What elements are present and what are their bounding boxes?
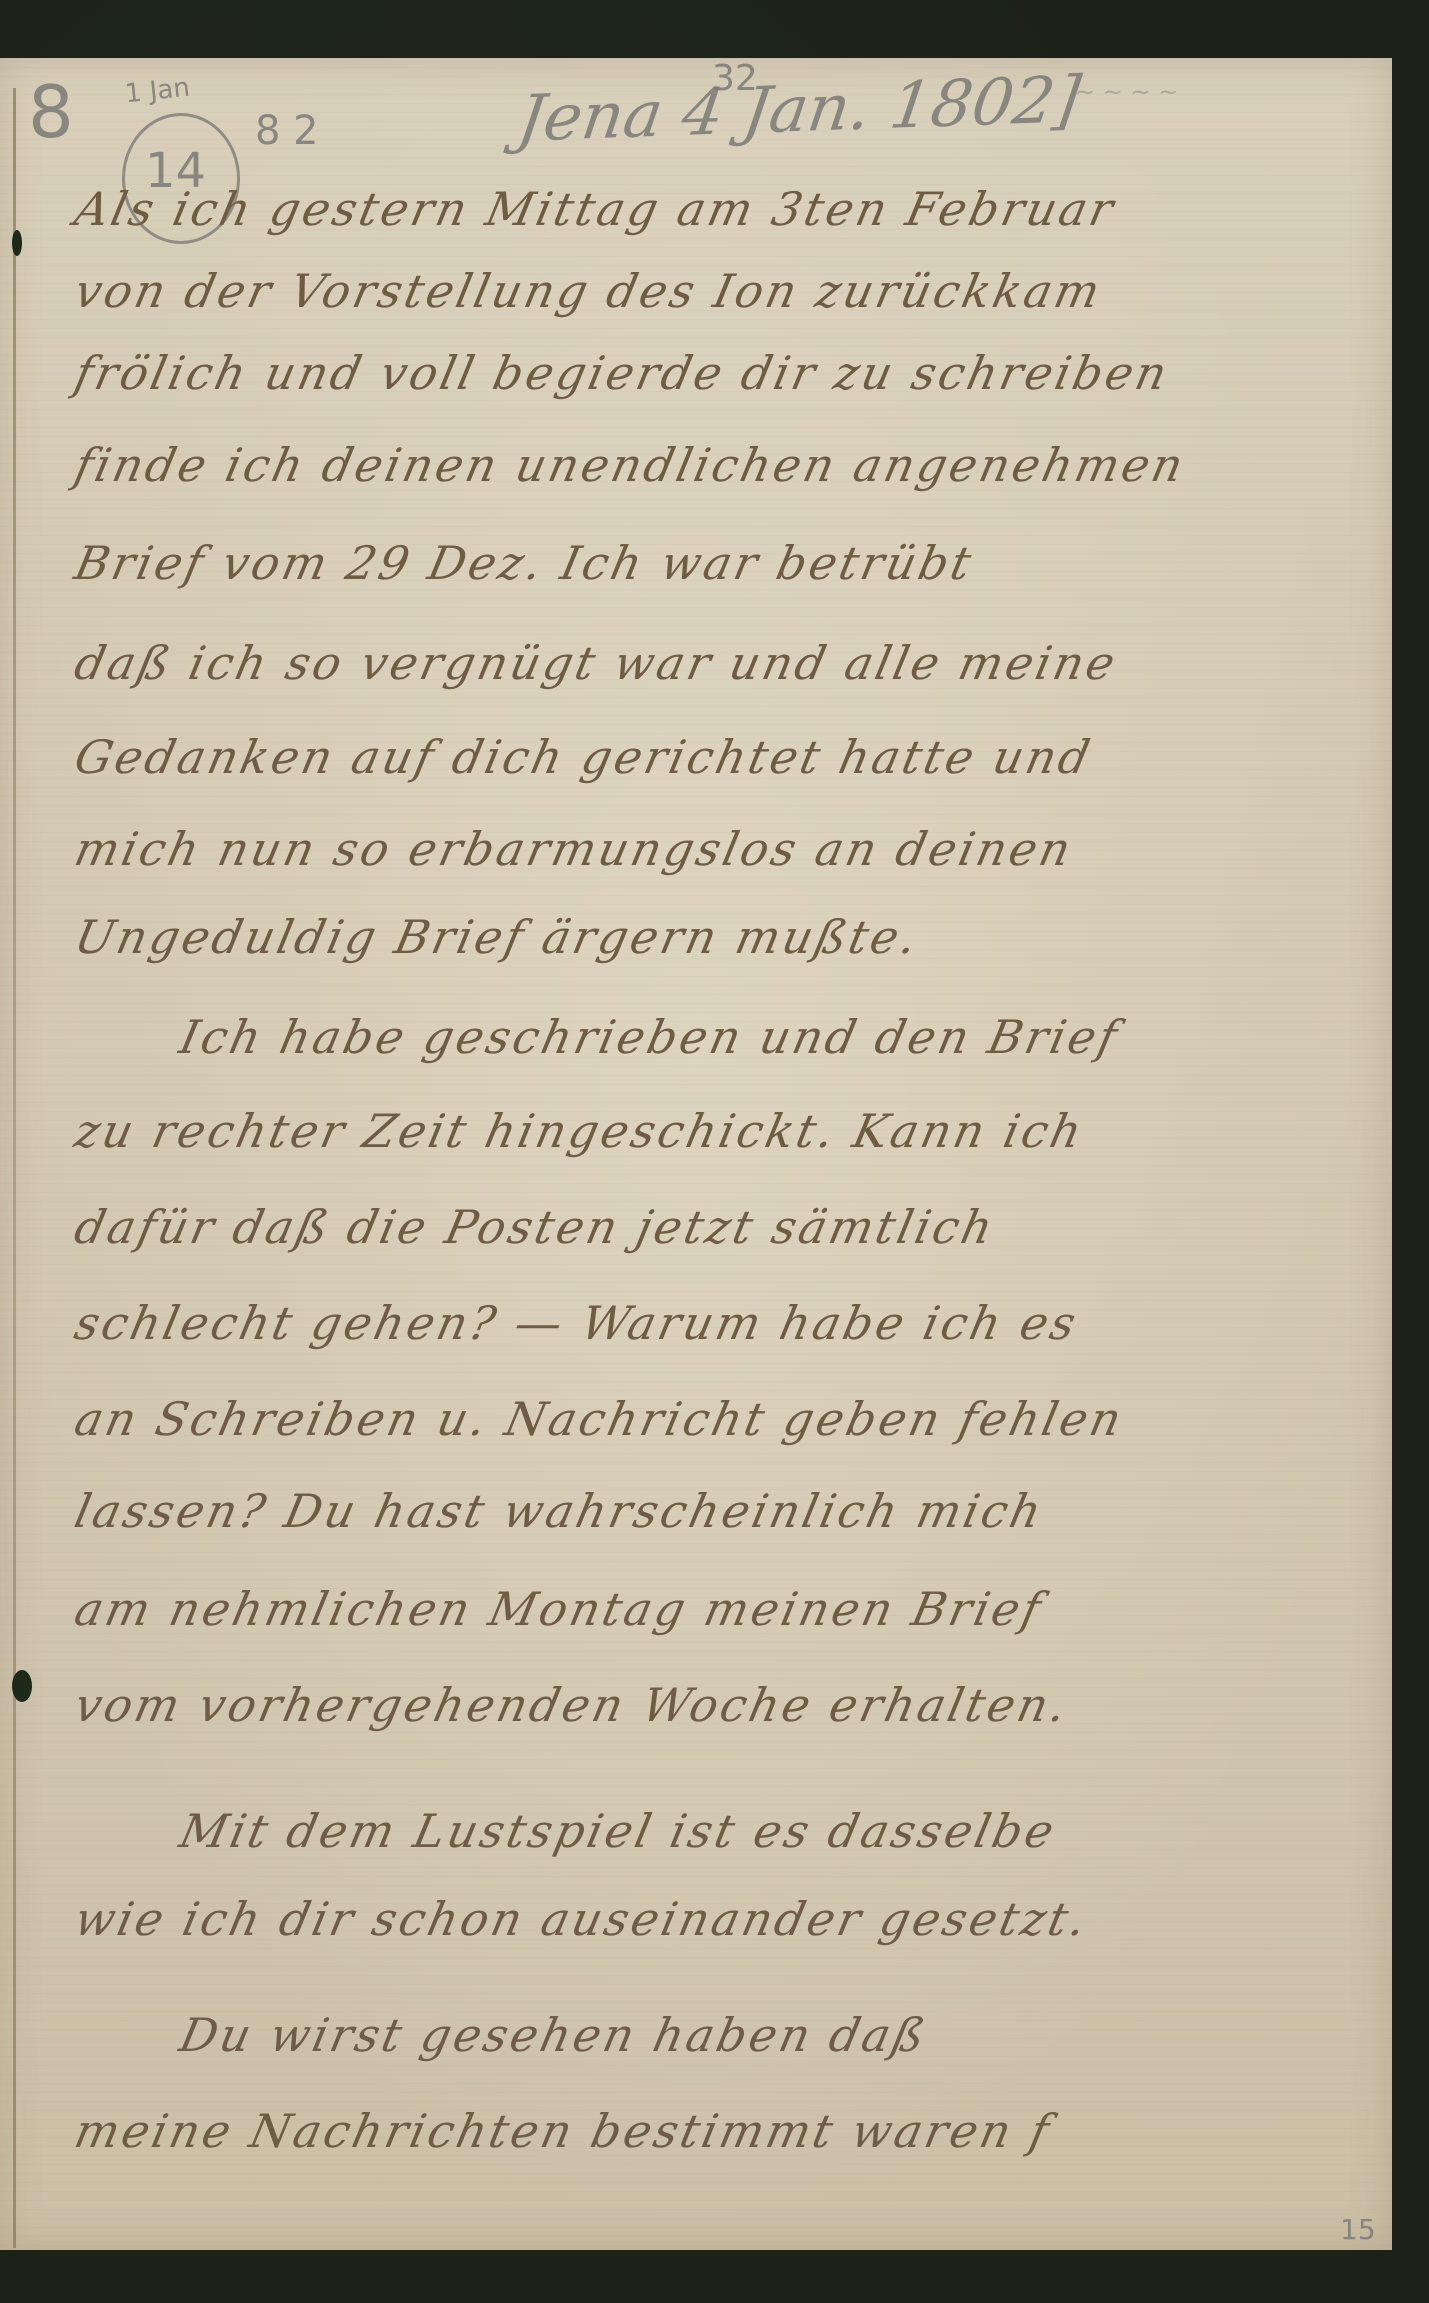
text-line: vom vorhergehenden Woche erhalten.	[70, 1678, 1074, 1732]
text-line: dafür daß die Posten jetzt sämtlich	[70, 1200, 1000, 1254]
letter-body: Als ich gestern Mittag am 3ten Februar v…	[0, 58, 1392, 2250]
text-line: schlecht gehen? — Warum habe ich es	[70, 1296, 1083, 1350]
text-line: Du wirst gesehen haben daß	[175, 2008, 933, 2062]
text-line: an Schreiben u. Nachricht geben fehlen	[70, 1392, 1129, 1446]
text-line: Gedanken auf dich gerichtet hatte und	[70, 730, 1097, 784]
manuscript-page: 8 1 Jan 8 2 14 32 Jena 4 Jan. 1802] ~ ~ …	[0, 58, 1392, 2250]
text-line: Ungeduldig Brief ärgern mußte.	[70, 910, 925, 964]
text-line: wie ich dir schon auseinander gesetzt.	[70, 1892, 1094, 1946]
text-line: Ich habe geschrieben und den Brief	[175, 1010, 1125, 1064]
text-line: mich nun so erbarmungslos an deinen	[70, 822, 1078, 876]
text-line: daß ich so vergnügt war und alle meine	[70, 636, 1123, 690]
text-line: am nehmlichen Montag meinen Brief	[70, 1582, 1048, 1636]
text-line: frölich und voll begierde dir zu schreib…	[70, 346, 1174, 400]
text-line: finde ich deinen unendlichen angenehmen	[70, 438, 1191, 492]
text-line: Brief vom 29 Dez. Ich war betrübt	[70, 536, 979, 590]
text-line: von der Vorstellung des Ion zurückkam	[70, 264, 1107, 318]
text-line: zu rechter Zeit hingeschickt. Kann ich	[70, 1104, 1089, 1158]
text-line: lassen? Du hast wahrscheinlich mich	[70, 1484, 1049, 1538]
text-line: Als ich gestern Mittag am 3ten Februar	[70, 182, 1121, 236]
text-line: Mit dem Lustspiel ist es dasselbe	[175, 1804, 1061, 1858]
text-line: meine Nachrichten bestimmt waren f	[70, 2104, 1057, 2158]
